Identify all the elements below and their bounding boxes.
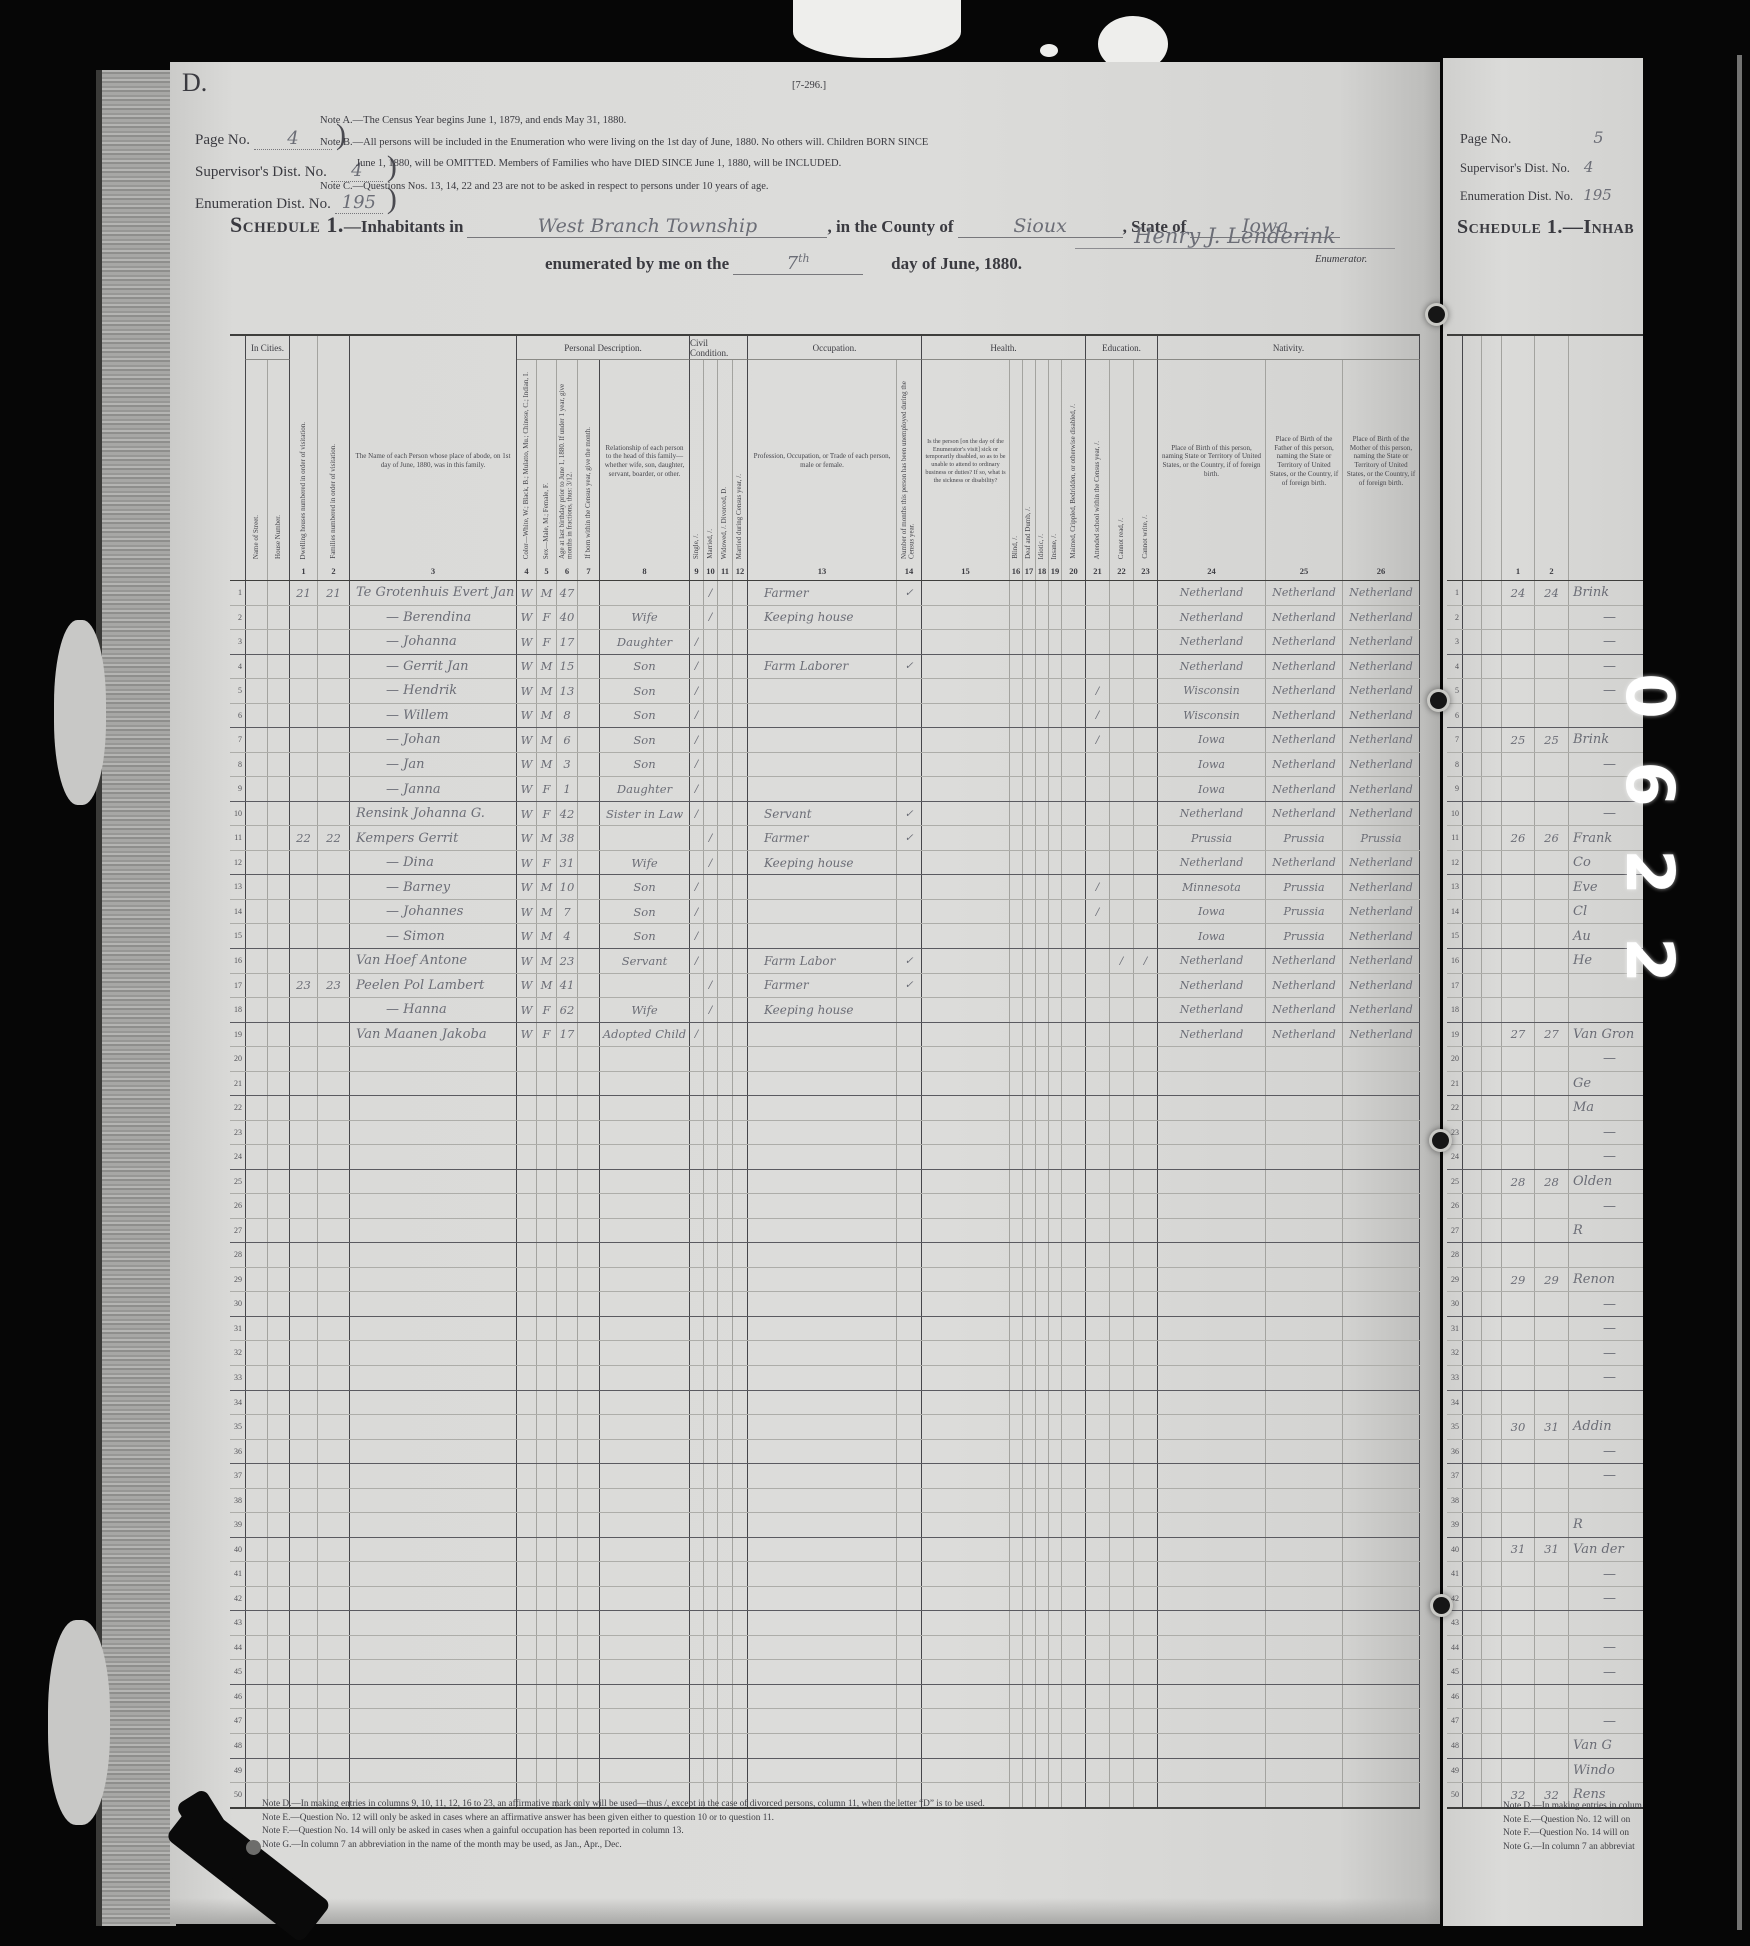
cell-dwelling <box>1502 1636 1535 1660</box>
empty-cell <box>290 1268 318 1292</box>
cell-name: — Willem <box>350 704 517 728</box>
empty-cell <box>1110 1464 1134 1488</box>
cell-unemployed: ✓ <box>897 581 922 605</box>
empty-cell <box>1110 1121 1134 1145</box>
empty-cell <box>268 924 290 948</box>
cell-sex: M <box>537 704 557 728</box>
empty-cell <box>1023 1611 1036 1635</box>
empty-cell <box>1036 802 1049 826</box>
empty-cell <box>290 1121 318 1145</box>
empty-cell <box>318 1023 350 1047</box>
binder-hole <box>1430 692 1447 709</box>
row-number: 5 <box>1447 679 1462 703</box>
cell-name: — <box>1569 1660 1643 1684</box>
empty-cell <box>1049 875 1062 899</box>
cell-color: W <box>517 1023 537 1047</box>
empty-cell <box>1010 1759 1023 1783</box>
empty-cell <box>578 1096 600 1120</box>
empty-cell <box>290 1759 318 1783</box>
empty-cell <box>1266 1489 1343 1513</box>
empty-cell <box>1010 753 1023 777</box>
cell-occupation: Farmer <box>748 826 897 850</box>
empty-cell <box>600 1415 690 1439</box>
empty-cell <box>1049 1391 1062 1415</box>
empty-cell <box>1110 1072 1134 1096</box>
empty-cell <box>1266 1587 1343 1611</box>
cell-father_birth: Prussia <box>1266 900 1343 924</box>
empty-cell <box>1023 1562 1036 1586</box>
empty-cell <box>690 1513 704 1537</box>
row-number: 49 <box>1447 1759 1462 1783</box>
empty-cell <box>268 1734 290 1758</box>
empty-cell <box>718 1096 733 1120</box>
empty-cell <box>578 1709 600 1733</box>
empty-cell <box>1343 1047 1420 1071</box>
empty-cell <box>1134 851 1158 875</box>
empty-cell <box>690 1734 704 1758</box>
footnote-d: Note D.—In making entries in colum <box>1503 1800 1642 1814</box>
empty-cell <box>690 1660 704 1684</box>
empty-cell <box>1110 1268 1134 1292</box>
empty-cell <box>1110 826 1134 850</box>
row-number: 30 <box>230 1292 245 1316</box>
empty-cell <box>897 1440 922 1464</box>
empty-cell <box>922 1587 1010 1611</box>
cell-age: 8 <box>557 704 578 728</box>
footnote-f: Note F.—Question No. 14 will only be ask… <box>262 1825 985 1839</box>
empty-cell <box>1049 581 1062 605</box>
empty-cell <box>1010 1243 1023 1267</box>
empty-cell <box>1134 1660 1158 1684</box>
empty-cell <box>718 1440 733 1464</box>
empty-cell <box>578 753 600 777</box>
cell-family <box>1535 1587 1569 1611</box>
cell-family <box>1535 1145 1569 1169</box>
empty-cell <box>922 728 1010 752</box>
row-number: 41 <box>230 1562 245 1586</box>
note-b-line1: Note B.—All persons will be included in … <box>320 136 928 150</box>
empty-cell <box>517 1366 537 1390</box>
cell-mother_birth: Netherland <box>1343 777 1420 801</box>
empty-cell <box>268 704 290 728</box>
column-number: 15 <box>922 562 1010 580</box>
column-number: 8 <box>600 562 690 580</box>
empty-cell <box>922 606 1010 630</box>
cell-sex: M <box>537 924 557 948</box>
column-number: 10 <box>704 562 718 580</box>
empty-cell <box>1010 1170 1023 1194</box>
empty-cell <box>922 974 1010 998</box>
row-number: 12 <box>230 851 245 875</box>
empty-cell <box>704 679 718 703</box>
cell-sex: M <box>537 974 557 998</box>
empty-cell <box>1062 1292 1086 1316</box>
table-row: 24 <box>230 1145 1420 1170</box>
cell-color: W <box>517 777 537 801</box>
empty-cell <box>1343 1096 1420 1120</box>
empty-cell <box>718 826 733 850</box>
row-number: 7 <box>1447 728 1462 752</box>
empty-cell <box>600 1538 690 1562</box>
empty-cell <box>1062 679 1086 703</box>
empty-cell <box>922 1366 1010 1390</box>
empty-cell <box>517 1145 537 1169</box>
empty-cell <box>1158 1243 1266 1267</box>
empty-cell <box>1049 679 1062 703</box>
empty-cell <box>748 1391 897 1415</box>
row-number: 11 <box>1447 826 1462 850</box>
empty-cell <box>1023 851 1036 875</box>
empty-cell <box>290 606 318 630</box>
empty-cell <box>578 826 600 850</box>
empty-cell <box>1086 1783 1110 1807</box>
empty-cell <box>733 655 748 679</box>
column-label-22: Cannot read, /. <box>1118 515 1126 562</box>
empty-cell <box>1110 1562 1134 1586</box>
empty-cell <box>290 1292 318 1316</box>
cell-birthplace: Netherland <box>1158 851 1266 875</box>
empty-cell <box>1049 1709 1062 1733</box>
empty-cell <box>704 1685 718 1709</box>
cell-sex: M <box>537 655 557 679</box>
empty-cell <box>1010 1219 1023 1243</box>
table-row: 34 <box>1447 1391 1643 1416</box>
empty-cell <box>600 1734 690 1758</box>
cell-dwelling <box>1502 1219 1535 1243</box>
empty-cell <box>922 1268 1010 1292</box>
cell-mother_birth: Netherland <box>1343 728 1420 752</box>
cell-color: W <box>517 924 537 948</box>
row-number: 14 <box>1447 900 1462 924</box>
cell-occupation: Keeping house <box>748 998 897 1022</box>
empty-cell <box>318 704 350 728</box>
column-label-4: Color—White, W.; Black, B.; Mulatto, Mu.… <box>523 369 531 562</box>
empty-cell <box>1086 1611 1110 1635</box>
empty-cell <box>268 1709 290 1733</box>
cell-dwelling: 23 <box>290 974 318 998</box>
empty-cell <box>268 1415 290 1439</box>
empty-cell <box>350 1072 517 1096</box>
empty-cell <box>268 1587 290 1611</box>
empty-cell <box>268 581 290 605</box>
empty-cell <box>517 1759 537 1783</box>
empty-cell <box>1343 1734 1420 1758</box>
empty-cell <box>578 1292 600 1316</box>
empty-cell <box>600 581 690 605</box>
row-number: 18 <box>1447 998 1462 1022</box>
empty-cell <box>1110 1170 1134 1194</box>
empty-cell <box>245 1072 268 1096</box>
empty-cell <box>690 1709 704 1733</box>
empty-cell <box>690 826 704 850</box>
empty-cell <box>268 900 290 924</box>
empty-cell <box>733 1660 748 1684</box>
empty-cell <box>704 1489 718 1513</box>
row-number: 25 <box>1447 1170 1462 1194</box>
empty-cell <box>517 1611 537 1635</box>
cell-color: W <box>517 826 537 850</box>
cell-family <box>1535 1709 1569 1733</box>
empty-cell <box>718 949 733 973</box>
empty-cell <box>245 1587 268 1611</box>
empty-cell <box>268 1047 290 1071</box>
row-number: 24 <box>230 1145 245 1169</box>
empty-cell <box>1023 1243 1036 1267</box>
empty-cell <box>578 1072 600 1096</box>
empty-cell <box>922 1660 1010 1684</box>
empty-cell <box>704 1341 718 1365</box>
empty-cell <box>1158 1709 1266 1733</box>
empty-cell <box>600 1243 690 1267</box>
empty-cell <box>318 1121 350 1145</box>
empty-cell <box>600 1072 690 1096</box>
empty-cell <box>922 1023 1010 1047</box>
empty-cell <box>1062 1783 1086 1807</box>
empty-cell <box>704 1121 718 1145</box>
empty-cell <box>1062 1096 1086 1120</box>
empty-cell <box>245 900 268 924</box>
cell-married: / <box>704 974 718 998</box>
table-row: 5— HendrikWM13Son//WisconsinNetherlandNe… <box>230 679 1420 704</box>
cell-family <box>1535 1317 1569 1341</box>
table-row: 33— <box>1447 1366 1643 1391</box>
empty-cell <box>245 1047 268 1071</box>
cell-color: W <box>517 753 537 777</box>
footnote-e: Note E.—Question No. 12 will only be ask… <box>262 1812 985 1826</box>
empty-cell <box>245 1194 268 1218</box>
empty-cell <box>600 1145 690 1169</box>
cell-color: W <box>517 581 537 605</box>
empty-cell <box>748 1660 897 1684</box>
empty-cell <box>290 1341 318 1365</box>
empty-cell <box>1062 900 1086 924</box>
group-personal-description: Personal Description. <box>517 336 690 360</box>
empty-cell <box>517 1562 537 1586</box>
empty-cell <box>1062 728 1086 752</box>
empty-cell <box>922 1121 1010 1145</box>
group-education: Education. <box>1086 336 1158 360</box>
cell-single: / <box>690 753 704 777</box>
empty-cell <box>557 1611 578 1635</box>
empty-cell <box>1023 1366 1036 1390</box>
cell-mother_birth: Netherland <box>1343 753 1420 777</box>
empty-cell <box>537 1047 557 1071</box>
column-number <box>1462 562 1482 580</box>
empty-cell <box>557 1636 578 1660</box>
empty-cell <box>1062 1219 1086 1243</box>
empty-cell <box>1049 1685 1062 1709</box>
empty-cell <box>922 1170 1010 1194</box>
footnote-g: Note G.—In column 7 an abbreviation in t… <box>262 1839 985 1853</box>
empty-cell <box>897 1709 922 1733</box>
row-number: 33 <box>230 1366 245 1390</box>
row-number: 31 <box>1447 1317 1462 1341</box>
empty-cell <box>1110 1538 1134 1562</box>
row-number: 49 <box>230 1759 245 1783</box>
empty-cell <box>748 1047 897 1071</box>
empty-cell <box>290 1415 318 1439</box>
empty-cell <box>268 1219 290 1243</box>
empty-cell <box>718 679 733 703</box>
empty-cell <box>578 1440 600 1464</box>
empty-cell <box>245 1096 268 1120</box>
cell-unemployed: ✓ <box>897 826 922 850</box>
empty-cell <box>1086 1366 1110 1390</box>
empty-cell <box>1036 704 1049 728</box>
empty-cell <box>557 1170 578 1194</box>
empty-cell <box>704 949 718 973</box>
empty-cell <box>318 851 350 875</box>
empty-cell <box>897 1685 922 1709</box>
empty-cell <box>1010 1660 1023 1684</box>
table-row: 46 <box>1447 1685 1643 1710</box>
cell-family <box>1535 1243 1569 1267</box>
empty-cell <box>245 1489 268 1513</box>
empty-cell <box>557 1243 578 1267</box>
cell-birthplace: Netherland <box>1158 606 1266 630</box>
empty-cell <box>922 1415 1010 1439</box>
empty-cell <box>1036 1219 1049 1243</box>
empty-cell <box>922 1513 1010 1537</box>
cell-mother_birth: Netherland <box>1343 679 1420 703</box>
empty-cell <box>290 802 318 826</box>
row-number: 9 <box>1447 777 1462 801</box>
cell-name: Ge <box>1569 1072 1643 1096</box>
empty-cell <box>1158 1194 1266 1218</box>
cell-birthplace: Wisconsin <box>1158 679 1266 703</box>
empty-cell <box>1134 1636 1158 1660</box>
empty-cell <box>1343 1709 1420 1733</box>
empty-cell <box>1010 1636 1023 1660</box>
cell-single: / <box>690 802 704 826</box>
column-number: 4 <box>517 562 537 580</box>
cell-family <box>1535 1440 1569 1464</box>
empty-cell <box>1036 1047 1049 1071</box>
empty-cell <box>1158 1636 1266 1660</box>
cell-birthplace: Iowa <box>1158 900 1266 924</box>
empty-cell <box>578 1047 600 1071</box>
empty-cell <box>733 630 748 654</box>
empty-cell <box>897 1464 922 1488</box>
cell-relation: Servant <box>600 949 690 973</box>
empty-cell <box>718 777 733 801</box>
empty-cell <box>704 753 718 777</box>
empty-cell <box>1036 1415 1049 1439</box>
empty-cell <box>578 1219 600 1243</box>
empty-cell <box>718 1709 733 1733</box>
column-label-9: Single, /. <box>693 531 701 562</box>
empty-cell <box>748 1709 897 1733</box>
empty-cell <box>690 581 704 605</box>
empty-cell <box>718 998 733 1022</box>
empty-cell <box>897 1587 922 1611</box>
empty-cell <box>290 875 318 899</box>
table-row: 18— HannaWF62Wife/Keeping houseNetherlan… <box>230 998 1420 1023</box>
row-number: 18 <box>230 998 245 1022</box>
empty-cell <box>922 1489 1010 1513</box>
enumerator-signature: Henry J. Lenderink <box>1075 224 1395 249</box>
empty-cell <box>1010 1709 1023 1733</box>
empty-cell <box>1266 1636 1343 1660</box>
cell-family <box>1535 1636 1569 1660</box>
cell-age: 3 <box>557 753 578 777</box>
empty-cell <box>517 1341 537 1365</box>
empty-cell <box>517 1734 537 1758</box>
cell-school: / <box>1086 728 1110 752</box>
empty-cell <box>245 1121 268 1145</box>
group-spacer <box>290 336 318 360</box>
empty-cell <box>1023 1759 1036 1783</box>
empty-cell <box>290 1587 318 1611</box>
empty-cell <box>733 802 748 826</box>
empty-cell <box>897 606 922 630</box>
cell-dwelling <box>1502 704 1535 728</box>
empty-cell <box>290 900 318 924</box>
cell-family: 29 <box>1535 1268 1569 1292</box>
empty-cell <box>245 924 268 948</box>
empty-cell <box>245 606 268 630</box>
column-number: 1 <box>1502 562 1535 580</box>
cell-birthplace: Wisconsin <box>1158 704 1266 728</box>
empty-cell <box>557 1587 578 1611</box>
cell-single: / <box>690 655 704 679</box>
empty-cell <box>690 1072 704 1096</box>
cell-birthplace: Netherland <box>1158 1023 1266 1047</box>
empty-cell <box>718 1562 733 1586</box>
empty-cell <box>733 924 748 948</box>
empty-cell <box>1134 655 1158 679</box>
cell-color: W <box>517 630 537 654</box>
empty-cell <box>1110 581 1134 605</box>
empty-cell <box>517 1292 537 1316</box>
row-number: 48 <box>230 1734 245 1758</box>
empty-cell <box>1036 1685 1049 1709</box>
empty-cell <box>1062 1317 1086 1341</box>
empty-cell <box>1010 1587 1023 1611</box>
table-row: 6— WillemWM8Son//WisconsinNetherlandNeth… <box>230 704 1420 729</box>
cell-father_birth: Netherland <box>1266 581 1343 605</box>
empty-cell <box>748 1415 897 1439</box>
empty-cell <box>718 1611 733 1635</box>
empty-cell <box>748 1096 897 1120</box>
row-number: 21 <box>1447 1072 1462 1096</box>
empty-cell <box>1023 1636 1036 1660</box>
empty-cell <box>1062 1170 1086 1194</box>
cell-name <box>1569 1611 1643 1635</box>
cell-dwelling <box>1502 802 1535 826</box>
empty-cell <box>318 728 350 752</box>
table-row: 24— <box>1447 1145 1643 1170</box>
empty-cell <box>578 606 600 630</box>
empty-cell <box>1158 1489 1266 1513</box>
empty-cell <box>290 1023 318 1047</box>
empty-cell <box>1086 851 1110 875</box>
empty-cell <box>1086 1194 1110 1218</box>
empty-cell <box>600 1268 690 1292</box>
empty-cell <box>718 1145 733 1169</box>
empty-cell <box>268 974 290 998</box>
cell-dwelling <box>1502 630 1535 654</box>
date-label: day of June, 1880. <box>891 254 1022 273</box>
column-label-21: Attended school within the Census year, … <box>1094 438 1102 562</box>
empty-cell <box>1049 1268 1062 1292</box>
book-spine-edge <box>96 70 176 1926</box>
empty-cell <box>1266 1268 1343 1292</box>
empty-cell <box>733 1317 748 1341</box>
cell-father_birth: Netherland <box>1266 753 1343 777</box>
empty-cell <box>1036 606 1049 630</box>
empty-cell <box>268 1636 290 1660</box>
